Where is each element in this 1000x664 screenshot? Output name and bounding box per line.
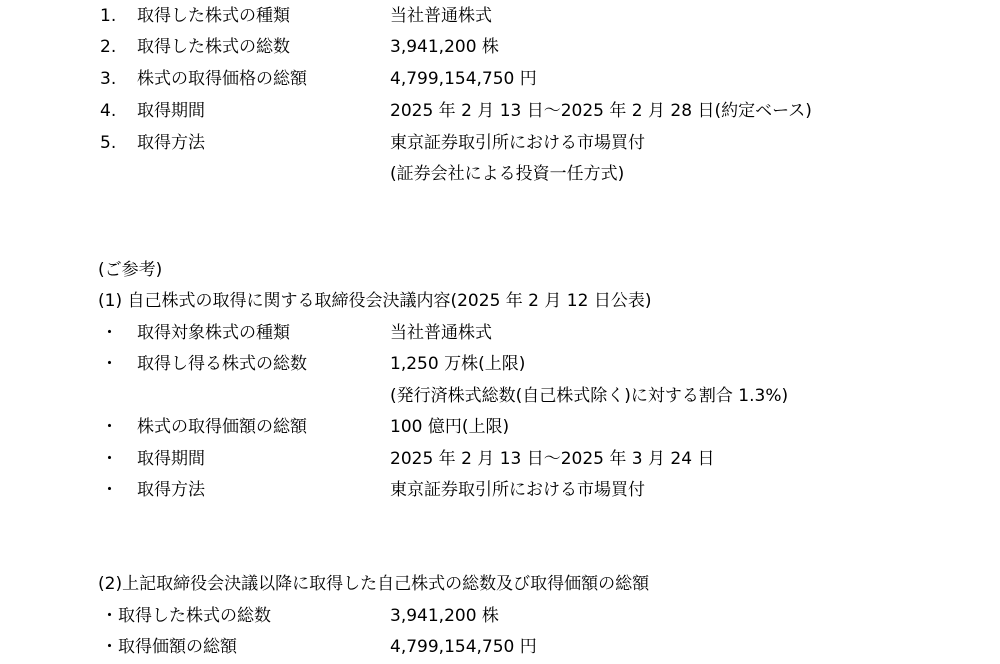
bullet: ・ xyxy=(101,443,118,475)
item-value: 3,941,200 株 xyxy=(390,31,499,63)
item-value: 東京証券取引所における市場買付 xyxy=(390,474,645,506)
item-label: 取得した株式の種類 xyxy=(137,0,290,32)
item-value: 当社普通株式 xyxy=(390,317,492,349)
item-value: 4,799,154,750 円 xyxy=(390,63,537,95)
item-number: 2. xyxy=(100,31,116,63)
board-resolution-title-text: (1) 自己株式の取得に関する取締役会決議内容(2025 年 2 月 12 日公… xyxy=(98,285,651,317)
item-value: 100 億円(上限) xyxy=(390,411,509,443)
item-label: 取得した株式の総数 xyxy=(137,31,290,63)
item-value: 4,799,154,750 円 xyxy=(390,631,537,663)
item-value: 3,941,200 株 xyxy=(390,600,499,632)
item-label: 取得期間 xyxy=(137,443,205,475)
item-value: 当社普通株式 xyxy=(390,0,492,32)
item-value: 1,250 万株(上限) xyxy=(390,348,525,380)
bullet: ・ xyxy=(101,474,118,506)
bullet: ・ xyxy=(101,317,118,349)
item-number: 1. xyxy=(100,0,116,32)
item-label: 取得方法 xyxy=(137,474,205,506)
item-label: ・取得価額の総額 xyxy=(101,631,237,663)
item-value: 2025 年 2 月 13 日～2025 年 3 月 24 日 xyxy=(390,443,714,475)
bullet: ・ xyxy=(101,411,118,443)
item-value-note: (発行済株式総数(自己株式除く)に対する割合 1.3%) xyxy=(390,380,788,412)
bullet: ・ xyxy=(101,348,118,380)
item-label: 取得方法 xyxy=(137,127,205,159)
item-label: 株式の取得価格の総額 xyxy=(137,63,307,95)
item-number: 4. xyxy=(100,95,116,127)
item-value: 東京証券取引所における市場買付 xyxy=(390,127,645,159)
item-value: 2025 年 2 月 13 日～2025 年 2 月 28 日(約定ベース) xyxy=(390,95,812,127)
item-number: 3. xyxy=(100,63,116,95)
item-label: 株式の取得価額の総額 xyxy=(137,411,307,443)
item-label: ・取得した株式の総数 xyxy=(101,600,271,632)
item-value-note: (証券会社による投資一任方式) xyxy=(390,158,624,190)
item-label: 取得期間 xyxy=(137,95,205,127)
reference-heading-text: (ご参考) xyxy=(98,254,162,286)
item-label: 取得対象株式の種類 xyxy=(137,317,290,349)
acquired-since-resolution-title-text: (2)上記取締役会決議以降に取得した自己株式の総数及び取得価額の総額 xyxy=(98,568,649,600)
item-label: 取得し得る株式の総数 xyxy=(137,348,307,380)
item-number: 5. xyxy=(100,127,116,159)
